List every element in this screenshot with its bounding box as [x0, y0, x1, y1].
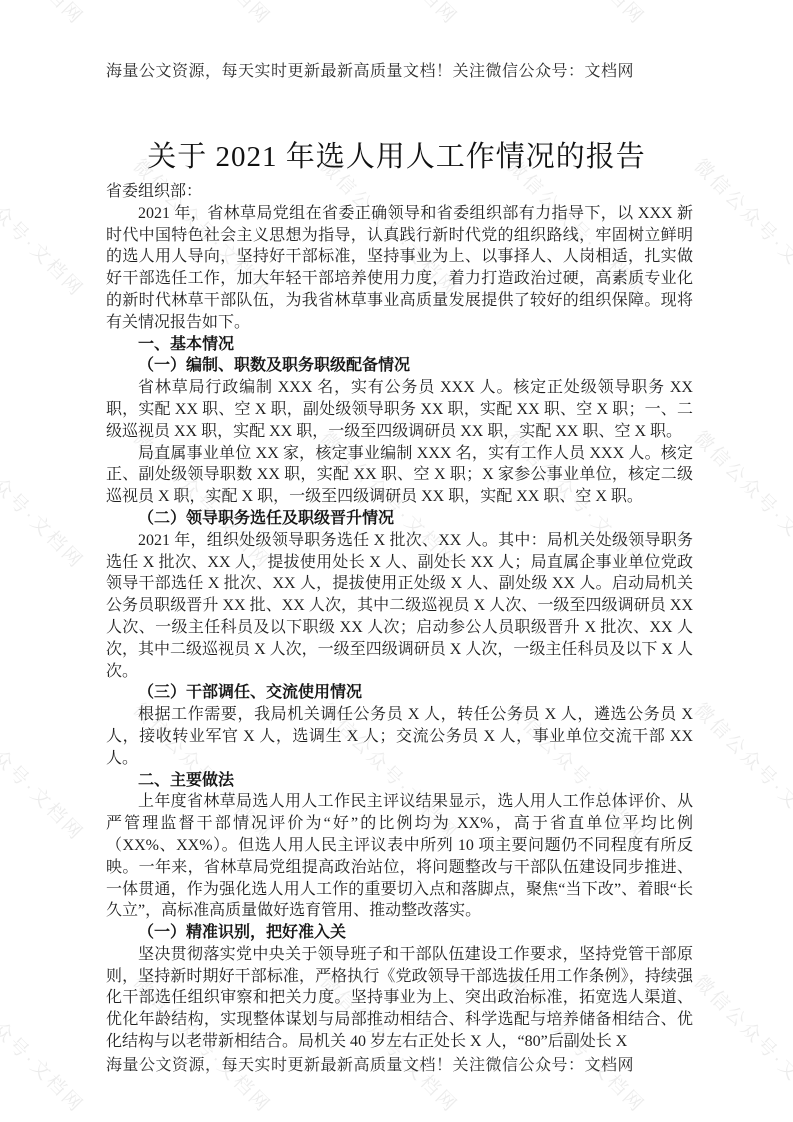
- watermark-text: 微信公众号·文档网: [0, 0, 91, 30]
- document-title: 关于 2021 年选人用人工作情况的报告: [0, 134, 793, 175]
- page-footer: 海量公文资源，每天实时更新最新高质量文档！关注微信公众号：文档网: [106, 1056, 703, 1076]
- paragraph: 2021 年，省林草局党组在省委正确领导和省委组织部有力指导下，以 XXX 新时…: [106, 203, 693, 334]
- section-heading: 一、基本情况: [106, 334, 693, 356]
- watermark-text: 微信公众号·文档网: [0, 696, 91, 846]
- watermark-text: 微信公众号·文档网: [689, 968, 793, 1118]
- document-page: 微信公众号·文档网微信公众号·文档网微信公众号·文档网微信公众号·文档网微信公众…: [0, 0, 793, 1122]
- watermark-text: 微信公众号·文档网: [689, 0, 793, 30]
- watermark-text: 微信公众号·文档网: [689, 696, 793, 846]
- document-body: 省委组织部： 2021 年，省林草局党组在省委正确领导和省委组织部有力指导下，以…: [106, 181, 693, 1053]
- salutation: 省委组织部：: [106, 181, 693, 203]
- header-promo-text: 海量公文资源，每天实时更新最新高质量文档！关注微信公众号：文档网: [106, 63, 634, 80]
- paragraph: 坚决贯彻落实党中央关于领导班子和干部队伍建设工作要求，坚持党管干部原则，坚持新时…: [106, 944, 693, 1053]
- section-heading: 二、主要做法: [106, 770, 693, 792]
- paragraph: 上年度省林草局选人用人工作民主评议结果显示，选人用人工作总体评价、从严管理监督干…: [106, 791, 693, 922]
- section-heading: （二）领导职务选任及职级晋升情况: [106, 508, 693, 530]
- watermark-text: 微信公众号·文档网: [315, 0, 465, 30]
- paragraph: 局直属事业单位 XX 家，核定事业编制 XXX 名，实有工作人员 XXX 人。核…: [106, 443, 693, 508]
- watermark-text: 微信公众号·文档网: [0, 424, 91, 574]
- section-heading: （一）精准识别，把好准入关: [106, 922, 693, 944]
- watermark-text: 微信公众号·文档网: [689, 424, 793, 574]
- paragraph: 省林草局行政编制 XXX 名，实有公务员 XXX 人。核定正处级领导职务 XX …: [106, 377, 693, 442]
- paragraph: 2021 年，组织处级领导职务选任 X 批次、XX 人。其中：局机关处级领导职务…: [106, 530, 693, 683]
- watermark-text: 微信公众号·文档网: [0, 968, 91, 1118]
- document-blocks: 2021 年，省林草局党组在省委正确领导和省委组织部有力指导下，以 XXX 新时…: [106, 203, 693, 1053]
- section-heading: （三）干部调任、交流使用情况: [106, 682, 693, 704]
- footer-promo-text: 海量公文资源，每天实时更新最新高质量文档！关注微信公众号：文档网: [106, 1057, 634, 1074]
- watermark-text: 微信公众号·文档网: [128, 0, 278, 30]
- page-header: 海量公文资源，每天实时更新最新高质量文档！关注微信公众号：文档网: [106, 62, 703, 82]
- watermark-text: 微信公众号·文档网: [502, 0, 652, 30]
- section-heading: （一）编制、职数及职务职级配备情况: [106, 355, 693, 377]
- paragraph: 根据工作需要，我局机关调任公务员 X 人，转任公务员 X 人，遴选公务员 X 人…: [106, 704, 693, 769]
